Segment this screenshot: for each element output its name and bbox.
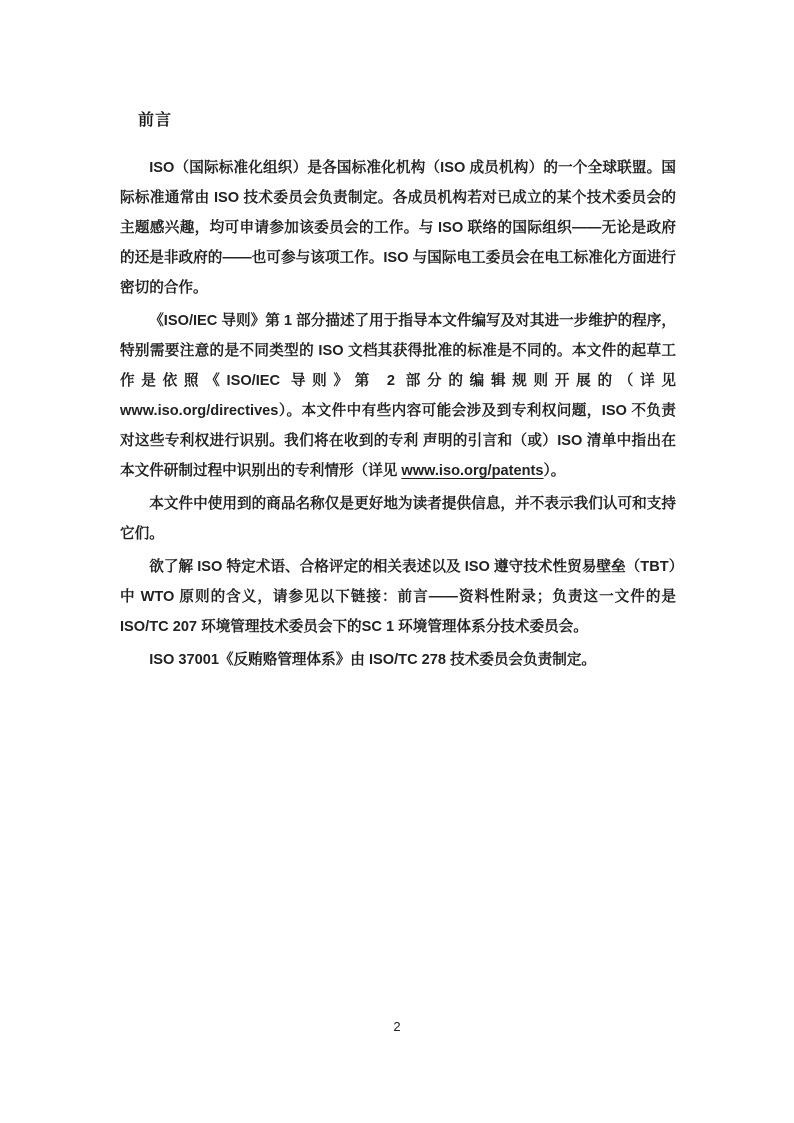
- section-heading: 前言: [138, 110, 676, 132]
- text-run: ）。: [544, 463, 566, 479]
- document-content: 前言 ISO（国际标准化组织）是各国标准化机构（ISO 成员机构）的一个全球联盟…: [120, 110, 676, 678]
- document-body: ISO（国际标准化组织）是各国标准化机构（ISO 成员机构）的一个全球联盟。国际…: [120, 153, 676, 675]
- text-run: 欲了解 ISO 特定术语、合格评定的相关表述以及 ISO 遵守技术性贸易壁垒（T…: [120, 559, 676, 635]
- paragraph: 欲了解 ISO 特定术语、合格评定的相关表述以及 ISO 遵守技术性贸易壁垒（T…: [120, 552, 676, 642]
- text-run: ISO 37001《反贿赂管理体系》由 ISO/TC 278 技术委员会负责制定…: [149, 652, 596, 668]
- text-run: 本文件中使用到的商品名称仅是更好地为读者提供信息，并不表示我们认可和支持它们。: [120, 496, 676, 542]
- document-page: 前言 ISO（国际标准化组织）是各国标准化机构（ISO 成员机构）的一个全球联盟…: [0, 0, 794, 1123]
- page-number: 2: [0, 1019, 794, 1034]
- text-run: ISO（国际标准化组织）是各国标准化机构（ISO 成员机构）的一个全球联盟。国际…: [120, 160, 676, 296]
- paragraph: ISO 37001《反贿赂管理体系》由 ISO/TC 278 技术委员会负责制定…: [120, 645, 676, 675]
- paragraph: 本文件中使用到的商品名称仅是更好地为读者提供信息，并不表示我们认可和支持它们。: [120, 489, 676, 549]
- paragraph: ISO（国际标准化组织）是各国标准化机构（ISO 成员机构）的一个全球联盟。国际…: [120, 153, 676, 303]
- patents-link[interactable]: www.iso.org/patents: [401, 463, 543, 479]
- paragraph: 《ISO/IEC 导则》第 1 部分描述了用于指导本文件编写及对其进一步维护的程…: [120, 306, 676, 486]
- text-run: 《ISO/IEC 导则》第 1 部分描述了用于指导本文件编写及对其进一步维护的程…: [120, 313, 676, 479]
